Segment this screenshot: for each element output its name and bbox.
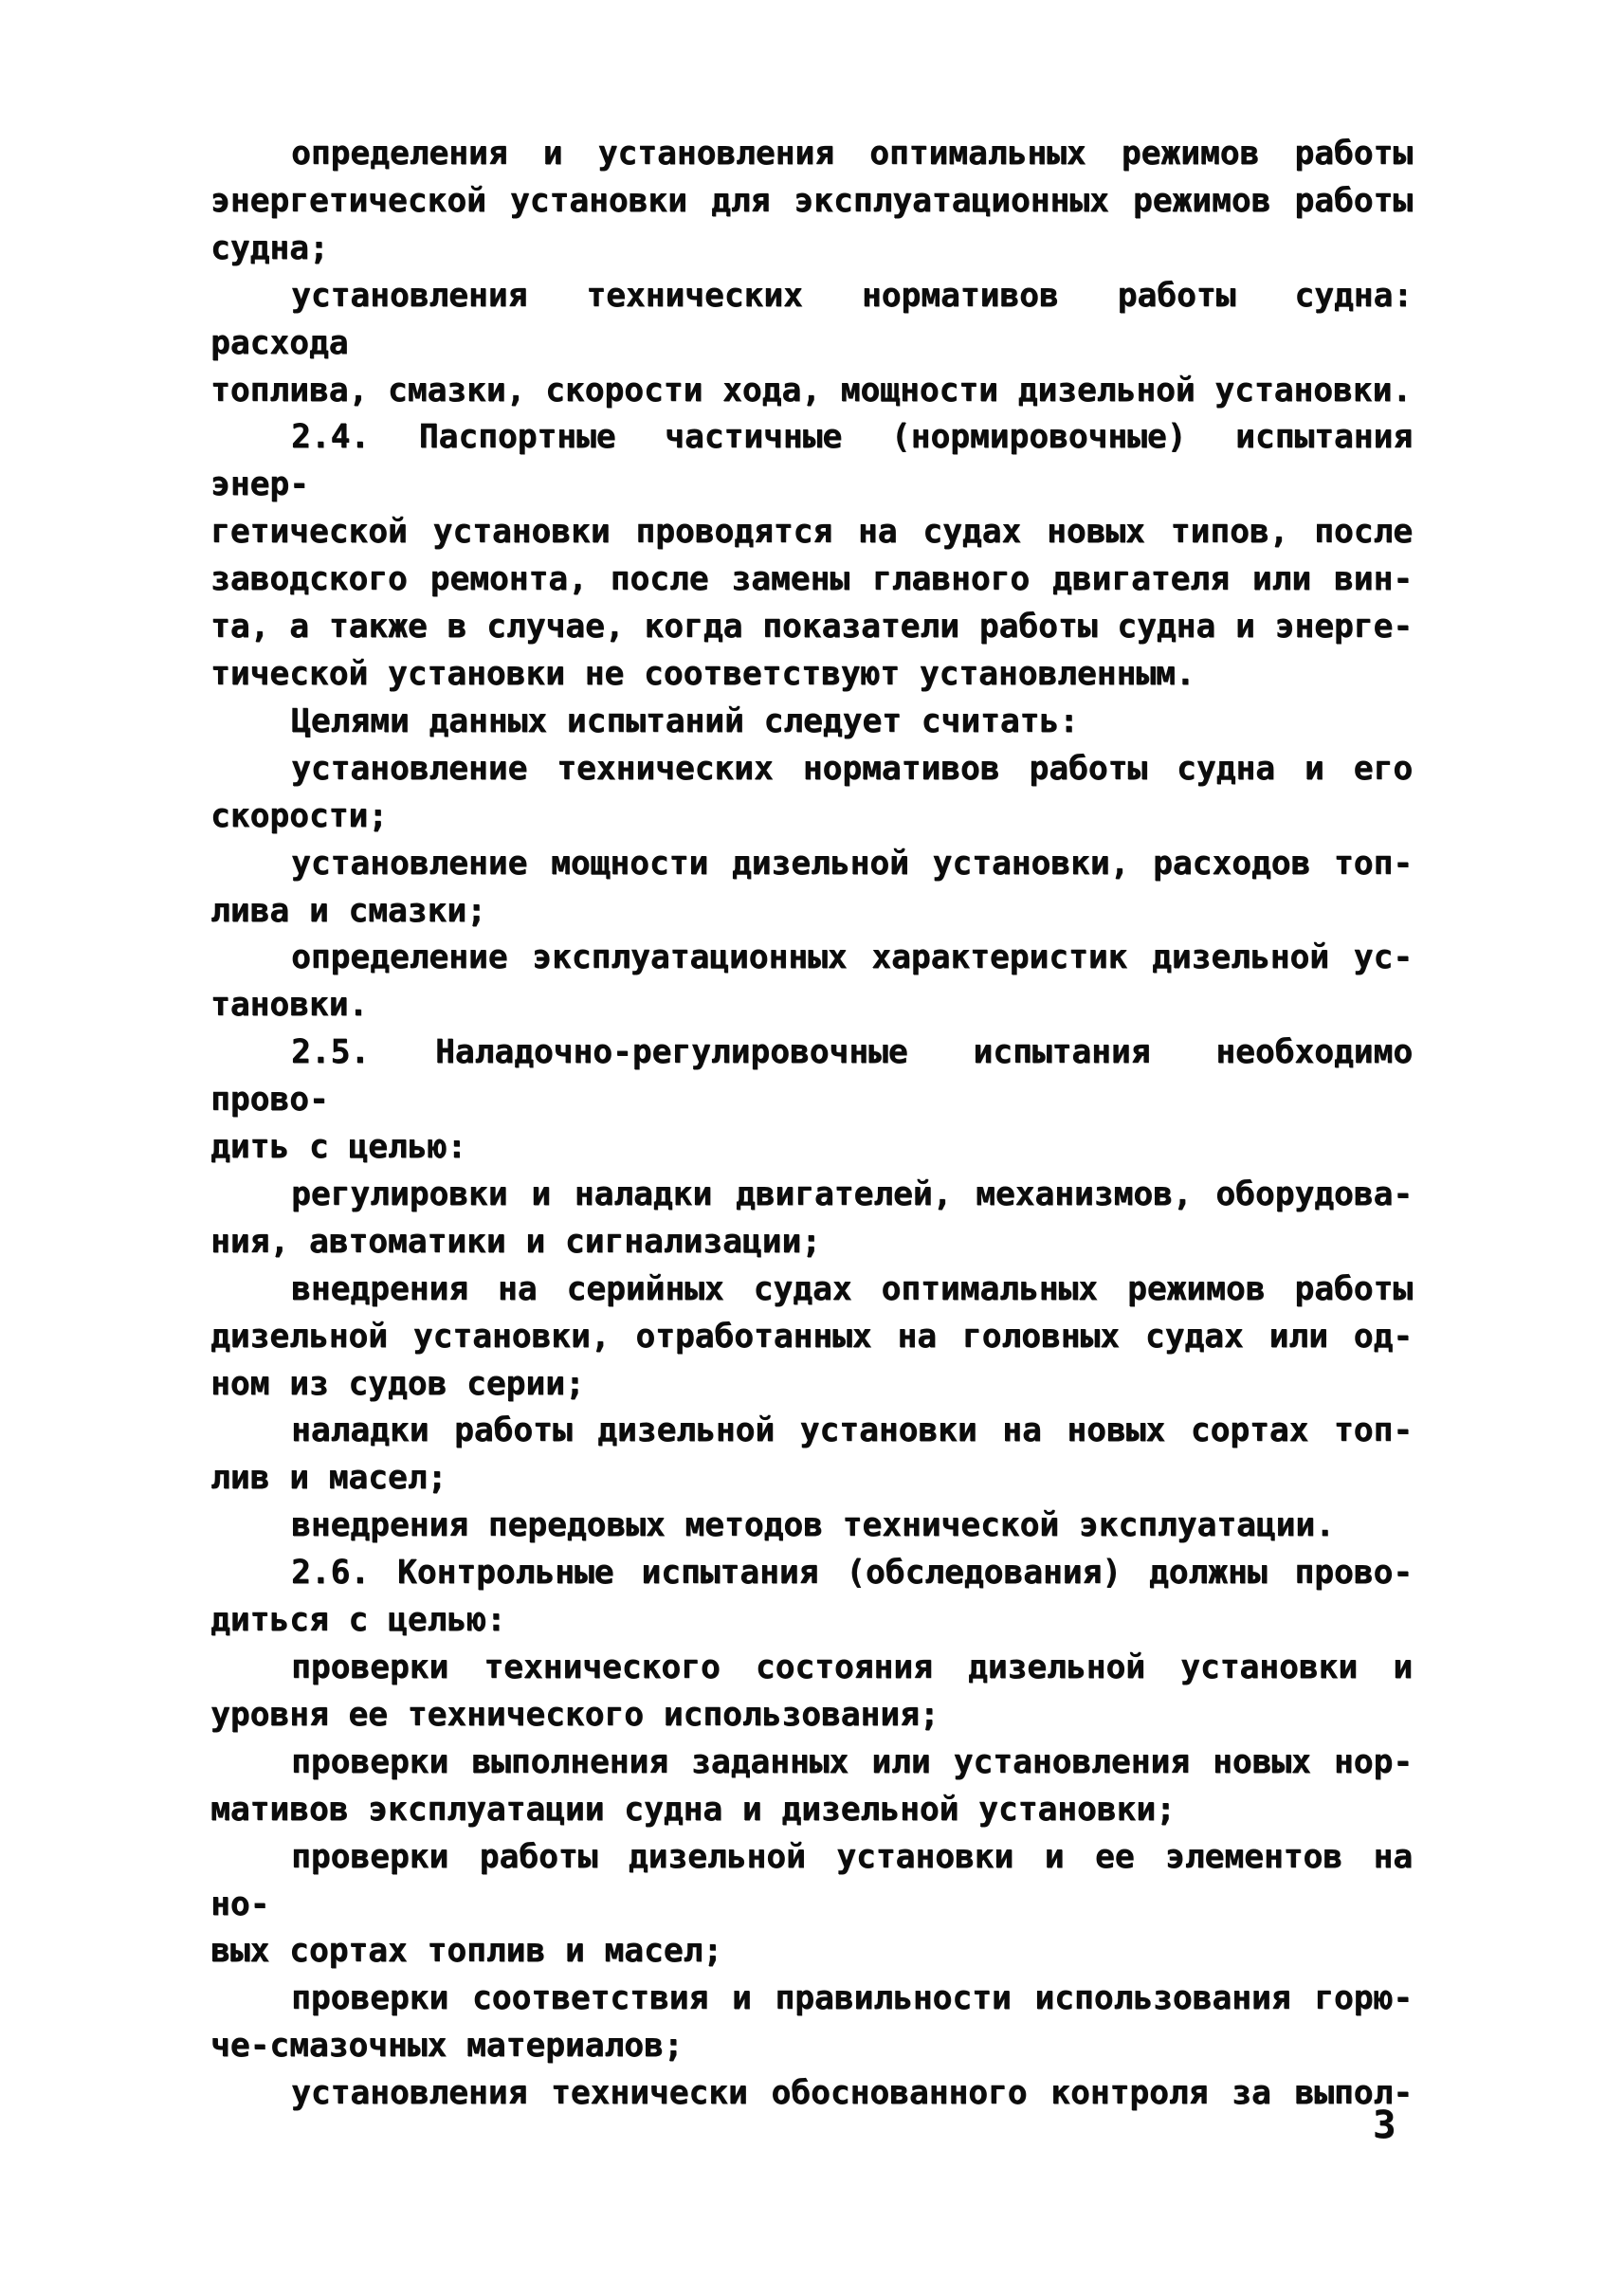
text-line: дить с целью: [210,1124,1413,1172]
text-line: проверки работы дизельной установки и ее… [210,1834,1413,1929]
document-page: определения и установления оптимальных р… [0,0,1624,2295]
text-line: проверки соответствия и правильности исп… [210,1976,1413,2023]
text-line: Целями данных испытаний следует считать: [210,699,1413,746]
text-line: 2.4. Паспортные частичные (нормировочные… [210,414,1413,509]
text-line: установление технических нормативов рабо… [210,746,1413,793]
text-line: регулировки и наладки двигателей, механи… [210,1172,1413,1219]
text-line: установления технических нормативов рабо… [210,273,1413,368]
text-line: внедрения передовых методов технической … [210,1503,1413,1550]
text-line: че-смазочных материалов; [210,2023,1413,2070]
text-line: вых сортах топлив и масел; [210,1928,1413,1976]
text-line: заводского ремонта, после замены главног… [210,556,1413,604]
text-line: определение эксплуатационных характерист… [210,935,1413,982]
text-line: та, а также в случае, когда показатели р… [210,604,1413,651]
text-line: установления технически обоснованного ко… [210,2070,1413,2118]
text-line: мативов эксплуатации судна и дизельной у… [210,1787,1413,1834]
text-line: диться с целью: [210,1597,1413,1645]
text-line: определения и установления оптимальных р… [210,131,1413,178]
text-line: проверки технического состояния дизельно… [210,1645,1413,1692]
text-line: скорости; [210,793,1413,841]
text-line: ния, автоматики и сигнализации; [210,1219,1413,1266]
text-line: установление мощности дизельной установк… [210,841,1413,888]
text-line: лив и масел; [210,1455,1413,1503]
text-line: уровня ее технического использования; [210,1692,1413,1739]
text-line: тановки. [210,982,1413,1029]
text-line: энергетической установки для эксплуатаци… [210,178,1413,226]
text-line: лива и смазки; [210,888,1413,936]
text-line: топлива, смазки, скорости хода, мощности… [210,368,1413,415]
text-line: 2.5. Наладочно-регулировочные испытания … [210,1029,1413,1124]
text-line: судна; [210,226,1413,273]
text-line: проверки выполнения заданных или установ… [210,1739,1413,1787]
text-line: гетической установки проводятся на судах… [210,509,1413,556]
text-line: тической установки не соответствуют уста… [210,651,1413,699]
text-line: ном из судов серии; [210,1361,1413,1409]
text-line: 2.6. Контрольные испытания (обследования… [210,1550,1413,1597]
page-number: 3 [1373,2104,1396,2146]
text-line: дизельной установки, отработанных на гол… [210,1314,1413,1361]
text-line: наладки работы дизельной установки на но… [210,1408,1413,1455]
document-text: определения и установления оптимальных р… [210,131,1413,2118]
text-line: внедрения на серийных судах оптимальных … [210,1266,1413,1314]
